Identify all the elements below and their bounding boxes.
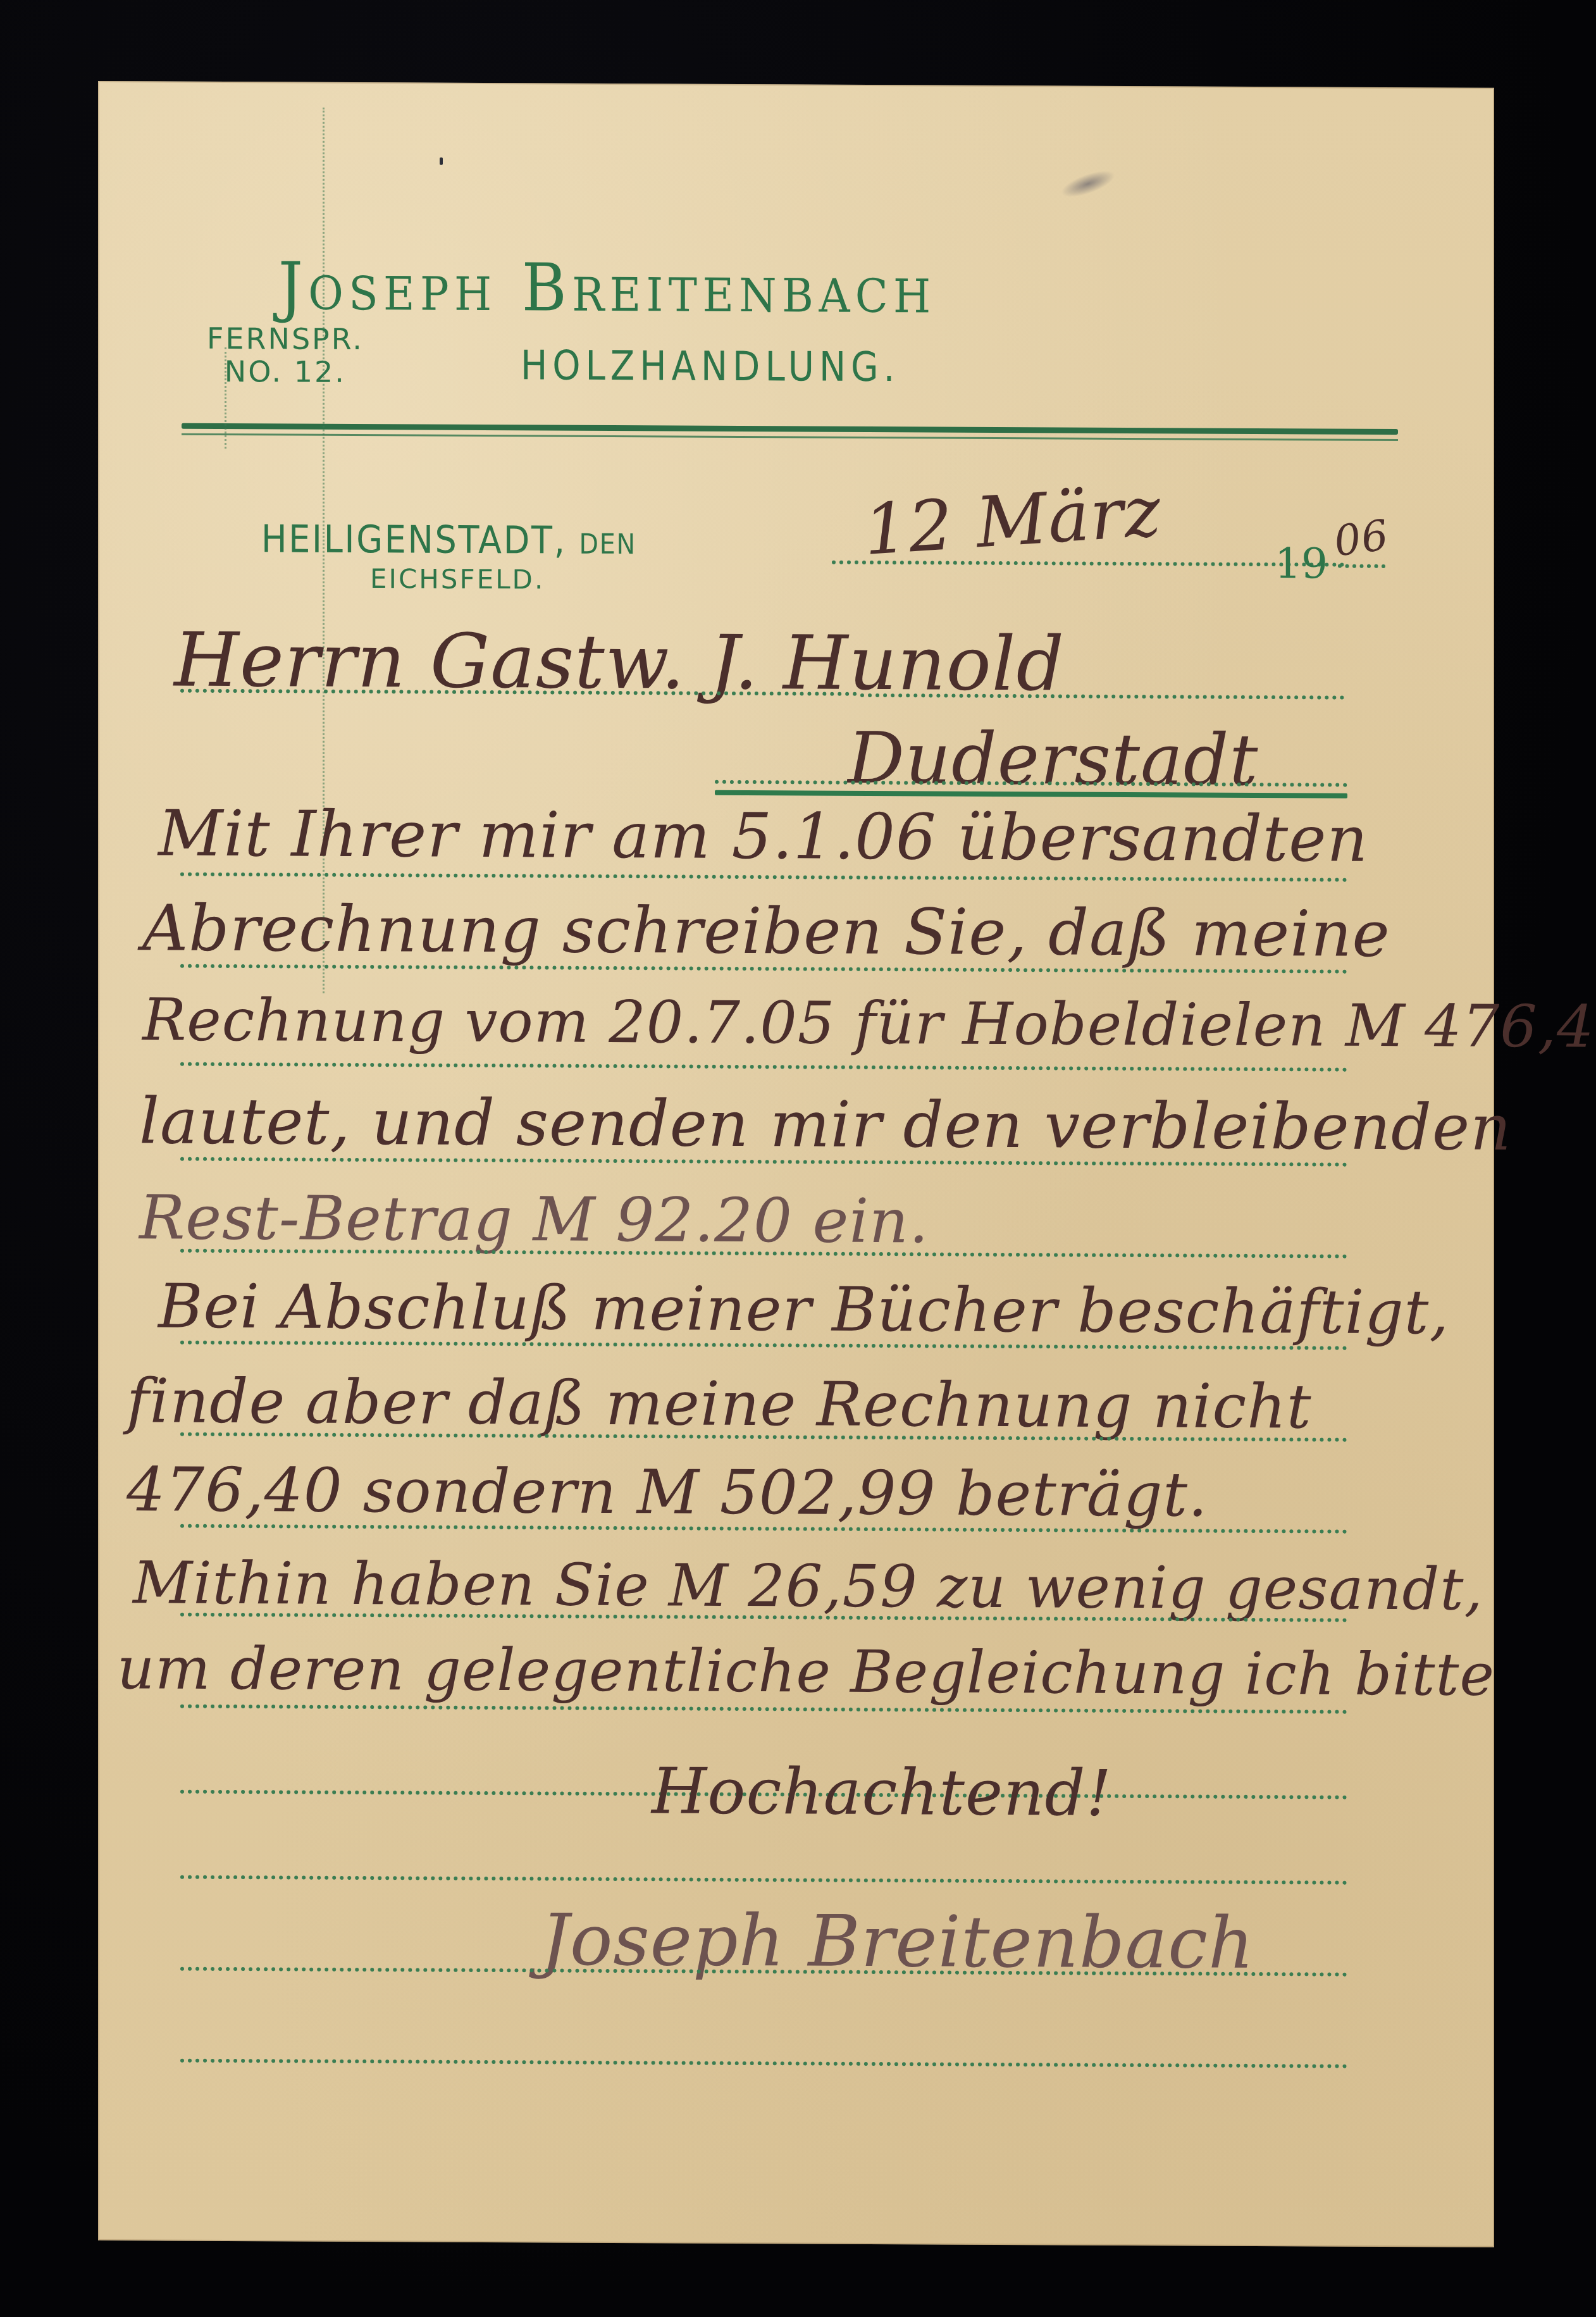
phone-block: FERNSPR. NO. 12. <box>207 322 364 388</box>
phone-number: NO. 12. <box>207 355 364 388</box>
body-line-4: lautet, und senden mir den verbleibenden <box>139 1084 1512 1165</box>
body-line-10: um deren gelegentliche Begleichung ich b… <box>117 1634 1495 1709</box>
body-line-1: Mit Ihrer mir am 5.1.06 übersandten <box>158 796 1368 876</box>
margin-guide-short <box>225 347 226 449</box>
region-name: EICHSFELD. <box>370 563 545 595</box>
body-line-8: 476,40 sondern M 502,99 beträgt. <box>127 1454 1208 1530</box>
handwritten-date: 12 März <box>861 471 1163 571</box>
body-line-3: Rechnung vom 20.7.05 für Hobeldielen M 4… <box>142 986 1596 1061</box>
destination-line: Duderstadt <box>848 717 1258 802</box>
ruled-line <box>180 2059 1347 2068</box>
letterhead-rule-thin <box>182 433 1398 441</box>
place-line: HEILIGENSTADT, DEN <box>261 517 636 563</box>
closing: Hochachtend! <box>652 1754 1112 1830</box>
body-line-6: Bei Abschluß meiner Bücher beschäftigt, <box>158 1270 1449 1348</box>
body-line-7: finde aber daß meine Rechnung nicht <box>127 1365 1312 1442</box>
handwritten-year: 06 <box>1331 511 1392 566</box>
letterhead-rule <box>182 423 1398 435</box>
ruled-line <box>180 1875 1347 1885</box>
company-name: Joseph Breitenbach <box>278 247 936 328</box>
phone-label: FERNSPR. <box>207 322 364 356</box>
place-den: DEN <box>579 528 636 561</box>
ruled-line <box>180 1062 1347 1072</box>
place-name: HEILIGENSTADT, <box>261 517 567 562</box>
paper-speck <box>440 158 443 165</box>
body-line-2: Abrechnung schreiben Sie, daß meine <box>142 891 1390 971</box>
letter-card: Joseph Breitenbach FERNSPR. NO. 12. HOLZ… <box>98 81 1494 2247</box>
trade-description: HOLZHANDLUNG. <box>521 342 900 391</box>
body-line-5: Rest-Betrag M 92.20 ein. <box>139 1182 929 1257</box>
year-prefix: 19 <box>1275 539 1328 588</box>
scan-background: Joseph Breitenbach FERNSPR. NO. 12. HOLZ… <box>0 0 1596 2317</box>
body-line-9: Mithin haben Sie M 26,59 zu wenig gesand… <box>133 1549 1483 1623</box>
ink-smudge <box>1058 165 1118 202</box>
